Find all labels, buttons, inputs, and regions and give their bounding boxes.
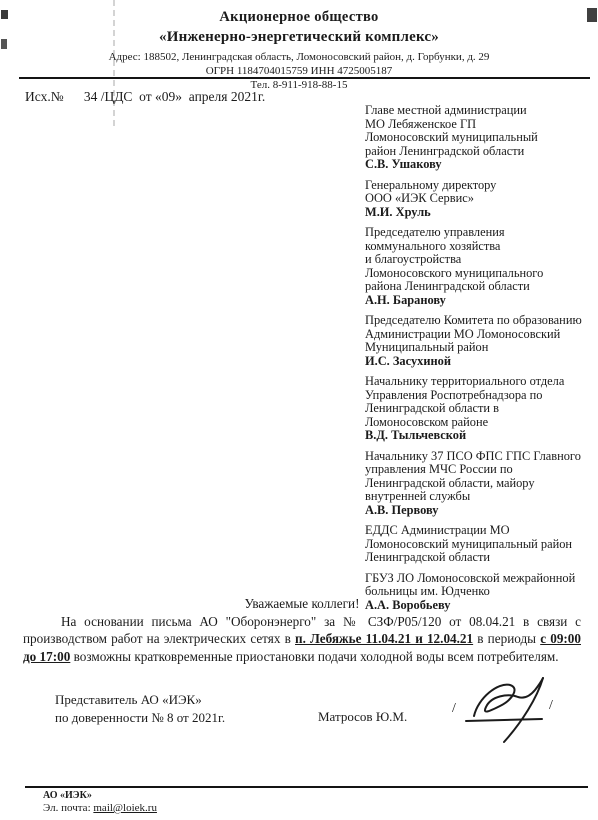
email-address: mail@loiek.ru	[93, 802, 157, 814]
recipient-line: Управления Роспотребнадзора по	[365, 389, 598, 403]
recipient-block: Главе местной администрации МО Лебяженск…	[365, 104, 598, 172]
signatory-name: Матросов Ю.М.	[318, 709, 407, 725]
letter-body-section: Уважаемые коллеги! На основании письма А…	[23, 595, 581, 665]
outgoing-ref-line: Исх.№ 34 /ЦДС от «09» апреля 2021г.	[25, 89, 265, 105]
recipient-line: Ломоносовского муниципального	[365, 267, 598, 281]
org-name: «Инженерно-энергетический комплекс»	[0, 29, 598, 46]
salutation: Уважаемые коллеги!	[23, 595, 581, 613]
recipient-line: и благоустройства	[365, 253, 598, 267]
org-ogrn-inn: ОГРН 1184704015759 ИНН 4725005187	[0, 65, 598, 77]
signature-slash: /	[452, 701, 456, 717]
recipient-line: Администрации МО Ломоносовский	[365, 328, 598, 342]
recipient-block: Председателю управления коммунального хо…	[365, 226, 598, 307]
recipient-line: Ломоносовский муниципальный район	[365, 538, 598, 552]
recipient-block: Начальнику 37 ПСО ФПС ГПС Главного управ…	[365, 450, 598, 518]
org-address: Адрес: 188502, Ленинградская область, Ло…	[0, 51, 598, 63]
recipient-line: ЕДДС Администрации МО	[365, 524, 598, 538]
recipient-block: ЕДДС Администрации МО Ломоносовский муни…	[365, 524, 598, 565]
recipient-block: Начальнику территориального отдела Управ…	[365, 375, 598, 443]
recipient-name: М.И. Хруль	[365, 206, 598, 220]
recipient-line: Ломоносовском районе	[365, 416, 598, 430]
recipient-line: Начальнику территориального отдела	[365, 375, 598, 389]
footer-org-name: АО «ИЭК»	[43, 790, 92, 801]
handwritten-signature	[458, 676, 553, 748]
recipient-name: И.С. Засухиной	[365, 355, 598, 369]
recipient-line: Ленинградской области в	[365, 402, 598, 416]
recipient-line: внутренней службы	[365, 490, 598, 504]
footer-email-line: Эл. почта: mail@loiek.ru	[43, 802, 157, 814]
recipient-line: Председателю Комитета по образованию	[365, 314, 598, 328]
body-highlight-dates: п. Лебяжье 11.04.21 и 12.04.21	[295, 631, 473, 646]
recipient-line: управления МЧС России по	[365, 463, 598, 477]
recipient-line: Ленинградской области	[365, 551, 598, 565]
org-type: Акционерное общество	[0, 9, 598, 26]
recipient-line: района Ленинградской области	[365, 280, 598, 294]
recipient-line: Начальнику 37 ПСО ФПС ГПС Главного	[365, 450, 598, 464]
recipients-column: Главе местной администрации МО Лебяженск…	[365, 104, 598, 619]
letterhead-divider	[19, 77, 590, 79]
recipient-line: район Ленинградской области	[365, 145, 598, 159]
recipient-line: ООО «ИЭК Сервис»	[365, 192, 598, 206]
recipient-name: А.В. Первову	[365, 504, 598, 518]
recipient-line: МО Лебяженское ГП	[365, 118, 598, 132]
footer-divider	[25, 786, 588, 788]
recipient-line: коммунального хозяйства	[365, 240, 598, 254]
body-text: возможны кратковременные приостановки по…	[70, 649, 558, 664]
recipient-name: С.В. Ушакову	[365, 158, 598, 172]
email-label: Эл. почта:	[43, 802, 93, 814]
recipient-line: Ленинградской области, майору	[365, 477, 598, 491]
letter-paragraph: На основании письма АО "Оборонэнерго" за…	[23, 613, 581, 666]
body-text: в периоды	[473, 631, 540, 646]
recipient-line: ГБУЗ ЛО Ломоносовской межрайонной	[365, 572, 598, 586]
recipient-block: Генеральному директору ООО «ИЭК Сервис» …	[365, 179, 598, 220]
signatory-title: Представитель АО «ИЭК» по доверенности №…	[55, 691, 225, 727]
recipient-name: В.Д. Тыльчевской	[365, 429, 598, 443]
recipient-line: Ломоносовский муниципальный	[365, 131, 598, 145]
recipient-block: Председателю Комитета по образованию Адм…	[365, 314, 598, 368]
recipient-line: Муниципальный район	[365, 341, 598, 355]
signatory-title-line: по доверенности № 8 от 2021г.	[55, 709, 225, 727]
recipient-line: Председателю управления	[365, 226, 598, 240]
recipient-name: А.Н. Баранову	[365, 294, 598, 308]
recipient-line: Главе местной администрации	[365, 104, 598, 118]
recipient-line: Генеральному директору	[365, 179, 598, 193]
signatory-title-line: Представитель АО «ИЭК»	[55, 691, 225, 709]
scanned-letter-page: Акционерное общество «Инженерно-энергети…	[0, 0, 598, 820]
